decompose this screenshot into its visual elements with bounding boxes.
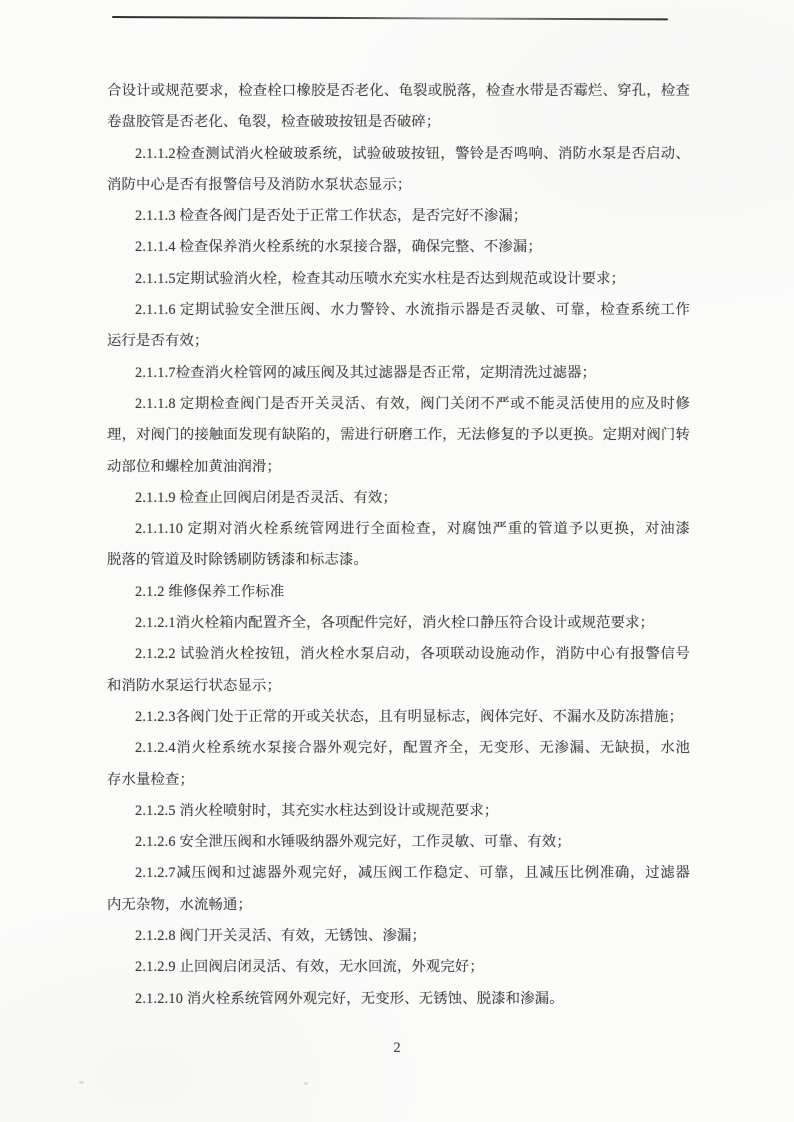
document-text-block: 合设计或规范要求，检查栓口橡胶是否老化、龟裂或脱落，检查水带是否霉烂、穿孔，检查… [107,76,690,1015]
text-line: 2.1.2.8 阀门开关灵活、有效，无锈蚀、渗漏； [107,921,690,952]
paragraph-2-1-2-8: 2.1.2.8 阀门开关灵活、有效，无锈蚀、渗漏； [107,921,690,952]
text-line: 2.1.1.3 检查各阀门是否处于正常工作状态，是否完好不渗漏； [107,201,690,232]
paragraph-2-1-1-8: 2.1.1.8 定期检查阀门是否开关灵活、有效，阀门关闭不严或不能灵活使用的应及… [107,389,690,483]
text-line: 2.1.1.6 定期试验安全泄压阀、水力警铃、水流指示器是否灵敏、可靠，检查系统… [107,295,690,326]
paragraph-2-1-1-10: 2.1.1.10 定期对消火栓系统管网进行全面检查，对腐蚀严重的管道予以更换，对… [107,514,690,577]
text-line: 2.1.2 维修保养工作标准 [107,577,690,608]
page-number: 2 [0,1040,794,1057]
paragraph-2-1-2-3: 2.1.2.3各阀门处于正常的开或关状态，且有明显标志，阀体完好、不漏水及防冻措… [107,702,690,733]
text-line: 2.1.1.4 检查保养消火栓系统的水泵接合器，确保完整、不渗漏； [107,232,690,263]
paragraph-2-1-1-7: 2.1.1.7检查消火栓管网的减压阀及其过滤器是否正常，定期清洗过滤器； [107,358,690,389]
text-line: 2.1.1.7检查消火栓管网的减压阀及其过滤器是否正常，定期清洗过滤器； [107,358,690,389]
text-line: 存水量检查； [107,765,690,796]
text-line: 运行是否有效； [107,326,690,357]
text-line: 内无杂物，水流畅通； [107,890,690,921]
paragraph-continuation: 合设计或规范要求，检查栓口橡胶是否老化、龟裂或脱落，检查水带是否霉烂、穿孔，检查… [107,76,690,139]
text-line: 脱落的管道及时除锈刷防锈漆和标志漆。 [107,545,690,576]
paragraph-2-1-1-6: 2.1.1.6 定期试验安全泄压阀、水力警铃、水流指示器是否灵敏、可靠，检查系统… [107,295,690,358]
text-line: 2.1.2.4消火栓系统水泵接合器外观完好，配置齐全，无变形、无渗漏、无缺损，水… [107,733,690,764]
text-line: 2.1.1.9 检查止回阀启闭是否灵活、有效； [107,483,690,514]
paragraph-2-1-2-9: 2.1.2.9 止回阀启闭灵活、有效，无水回流，外观完好； [107,952,690,983]
text-line: 2.1.2.5 消火栓喷射时，其充实水柱达到设计或规范要求； [107,796,690,827]
text-line: 2.1.1.5定期试验消火栓，检查其动压喷水充实水柱是否达到规范或设计要求； [107,264,690,295]
text-line: 卷盘胶管是否老化、龟裂，检查破玻按钮是否破碎； [107,107,690,138]
paragraph-2-1-2-4: 2.1.2.4消火栓系统水泵接合器外观完好，配置齐全，无变形、无渗漏、无缺损，水… [107,733,690,796]
text-line: 2.1.2.7减压阀和过滤器外观完好，减压阀工作稳定、可靠，且减压比例准确，过滤… [107,858,690,889]
text-line: 2.1.2.6 安全泄压阀和水锤吸纳器外观完好，工作灵敏、可靠、有效； [107,827,690,858]
paragraph-2-1-2-6: 2.1.2.6 安全泄压阀和水锤吸纳器外观完好，工作灵敏、可靠、有效； [107,827,690,858]
paragraph-2-1-1-3: 2.1.1.3 检查各阀门是否处于正常工作状态，是否完好不渗漏； [107,201,690,232]
text-line: 2.1.2.3各阀门处于正常的开或关状态，且有明显标志，阀体完好、不漏水及防冻措… [107,702,690,733]
scan-artifact-top-rule [112,16,668,20]
scan-speck [79,1081,84,1084]
text-line: 2.1.2.10 消火栓系统管网外观完好，无变形、无锈蚀、脱漆和渗漏。 [107,984,690,1015]
text-line: 动部位和螺栓加黄油润滑； [107,452,690,483]
paragraph-2-1-1-2: 2.1.1.2检查测试消火栓破玻系统，试验破玻按钮，警铃是否鸣响、消防水泵是否启… [107,139,690,202]
text-line: 和消防水泵运行状态显示； [107,671,690,702]
text-line: 2.1.1.2检查测试消火栓破玻系统，试验破玻按钮，警铃是否鸣响、消防水泵是否启… [107,139,690,170]
paragraph-2-1-2-5: 2.1.2.5 消火栓喷射时，其充实水柱达到设计或规范要求； [107,796,690,827]
paragraph-2-1-2-1: 2.1.2.1消火栓箱内配置齐全，各项配件完好，消火栓口静压符合设计或规范要求； [107,608,690,639]
scan-speck [304,1082,308,1085]
text-line: 2.1.2.2 试验消火栓按钮，消火栓水泵启动，各项联动设施动作，消防中心有报警… [107,639,690,670]
paragraph-2-1-2-2: 2.1.2.2 试验消火栓按钮，消火栓水泵启动，各项联动设施动作，消防中心有报警… [107,639,690,702]
text-line: 2.1.1.8 定期检查阀门是否开关灵活、有效，阀门关闭不严或不能灵活使用的应及… [107,389,690,420]
text-line: 2.1.2.9 止回阀启闭灵活、有效，无水回流，外观完好； [107,952,690,983]
text-line: 2.1.1.10 定期对消火栓系统管网进行全面检查，对腐蚀严重的管道予以更换，对… [107,514,690,545]
paragraph-2-1-2-7: 2.1.2.7减压阀和过滤器外观完好，减压阀工作稳定、可靠，且减压比例准确，过滤… [107,858,690,921]
paragraph-2-1-1-5: 2.1.1.5定期试验消火栓，检查其动压喷水充实水柱是否达到规范或设计要求； [107,264,690,295]
paragraph-2-1-2: 2.1.2 维修保养工作标准 [107,577,690,608]
text-line: 消防中心是否有报警信号及消防水泵状态显示； [107,170,690,201]
paragraph-2-1-1-9: 2.1.1.9 检查止回阀启闭是否灵活、有效； [107,483,690,514]
paragraph-2-1-1-4: 2.1.1.4 检查保养消火栓系统的水泵接合器，确保完整、不渗漏； [107,232,690,263]
paragraph-2-1-2-10: 2.1.2.10 消火栓系统管网外观完好，无变形、无锈蚀、脱漆和渗漏。 [107,984,690,1015]
text-line: 合设计或规范要求，检查栓口橡胶是否老化、龟裂或脱落，检查水带是否霉烂、穿孔，检查 [107,76,690,107]
scanned-document-page: 合设计或规范要求，检查栓口橡胶是否老化、龟裂或脱落，检查水带是否霉烂、穿孔，检查… [0,0,794,1122]
text-line: 2.1.2.1消火栓箱内配置齐全，各项配件完好，消火栓口静压符合设计或规范要求； [107,608,690,639]
text-line: 理，对阀门的接触面发现有缺陷的，需进行研磨工作，无法修复的予以更换。定期对阀门转 [107,420,690,451]
